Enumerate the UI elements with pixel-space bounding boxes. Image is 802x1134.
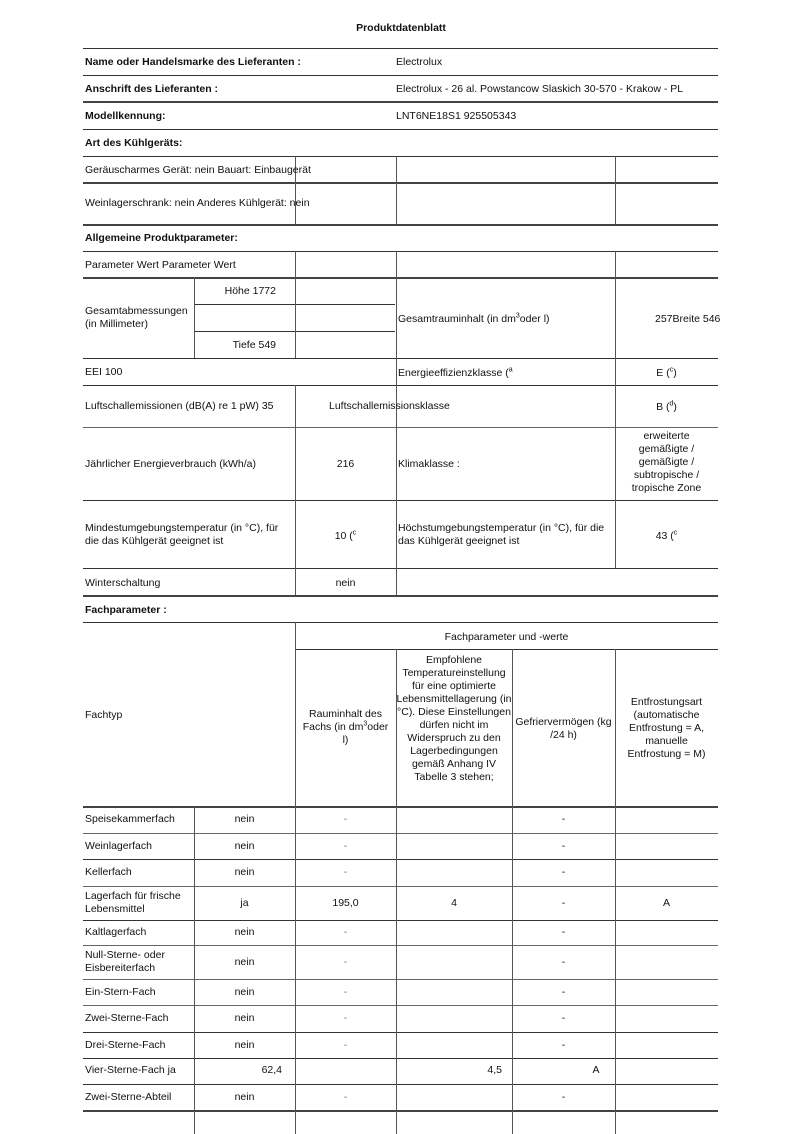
cell-freeze: - <box>512 1039 615 1052</box>
cell-present: nein <box>194 866 295 879</box>
cell-type: Kaltlagerfach <box>85 926 193 939</box>
page-title: Produktdatenblatt <box>0 22 802 34</box>
climate-label: Klimaklasse : <box>398 458 460 471</box>
supplier-name-value: Electrolux <box>396 56 442 69</box>
cell-volume: - <box>295 956 396 969</box>
col-type-header: Fachtyp <box>85 709 122 722</box>
eei-value: EEI 100 <box>85 366 122 379</box>
noise-class-value: B (d) <box>615 401 718 414</box>
appliance-type-row-2: Weinlagerschrank: nein Anderes Kühlgerät… <box>85 197 310 210</box>
cell-type: Lagerfach für frische Lebensmittel <box>85 890 193 916</box>
cell-volume: - <box>295 1012 396 1025</box>
col-freeze-header: Gefriervermögen (kg /24 h) <box>512 716 615 742</box>
four-star-volume: 62,4 <box>196 1064 282 1077</box>
general-params-header-row: Parameter Wert Parameter Wert <box>85 259 236 272</box>
cell-volume: - <box>295 986 396 999</box>
cell-freeze: - <box>512 1012 615 1025</box>
cell-type: Kellerfach <box>85 866 193 879</box>
cell-present: nein <box>194 1012 295 1025</box>
total-volume-value: 257Breite 546 <box>655 313 720 326</box>
compartments-heading: Fachparameter : <box>85 604 167 617</box>
model-label: Modellkennung: <box>85 110 166 123</box>
last-row-freeze: - <box>512 1091 615 1104</box>
min-temp-value: 10 (c <box>295 530 396 543</box>
compartments-group-header: Fachparameter und -werte <box>295 631 718 644</box>
cell-present: ja <box>194 897 295 910</box>
min-temp-label: Mindestumgebungstemperatur (in °C), für … <box>85 522 295 548</box>
model-value: LNT6NE18S1 925505343 <box>396 110 516 123</box>
appliance-type-heading: Art des Kühlgeräts: <box>85 137 182 150</box>
cell-freeze: - <box>512 866 615 879</box>
cell-present: nein <box>194 1039 295 1052</box>
cell-volume: - <box>295 840 396 853</box>
col-defrost-header: Entfrostungsart (automatische Entfrostun… <box>620 696 713 761</box>
climate-value: erweiterte gemäßigte / gemäßigte / subtr… <box>620 430 713 495</box>
cell-volume: - <box>295 813 396 826</box>
general-params-heading: Allgemeine Produktparameter: <box>85 232 238 245</box>
cell-present: nein <box>194 926 295 939</box>
cell-freeze: - <box>512 897 615 910</box>
cell-volume: - <box>295 866 396 879</box>
cell-type: Speisekammerfach <box>85 813 193 826</box>
cell-volume: - <box>295 1039 396 1052</box>
cell-present: nein <box>194 986 295 999</box>
cell-freeze: - <box>512 986 615 999</box>
col-volume-header: Rauminhalt des Fachs (in dm3oder l) <box>300 708 391 747</box>
last-row-present: nein <box>194 1091 295 1104</box>
height-value: Höhe 1772 <box>196 285 276 298</box>
cell-type: Weinlagerfach <box>85 840 193 853</box>
cell-type: Null-Sterne- oder Eisbereiterfach <box>85 949 193 975</box>
cell-volume: 195,0 <box>295 897 396 910</box>
cell-present: nein <box>194 956 295 969</box>
noise-class-label: Luftschallemissionsklasse <box>329 400 450 413</box>
supplier-address-value: Electrolux - 26 al. Powstancow Slaskich … <box>396 83 683 96</box>
col-temp-header: Empfohlene Temperatureinstellung für ein… <box>396 654 512 784</box>
noise-label: Luftschallemissionen (dB(A) re 1 pW) 35 <box>85 400 274 413</box>
annual-energy-label: Jährlicher Energieverbrauch (kWh/a) <box>85 458 256 471</box>
cell-type: Ein-Stern-Fach <box>85 986 193 999</box>
depth-value: Tiefe 549 <box>196 339 276 352</box>
cell-volume: - <box>295 926 396 939</box>
last-row-type: Zwei-Sterne-Abteil <box>85 1091 171 1104</box>
winter-label: Winterschaltung <box>85 577 160 590</box>
max-temp-value: 43 (c <box>615 530 718 543</box>
cell-freeze: - <box>512 926 615 939</box>
four-star-defrost: A <box>512 1064 680 1077</box>
dimensions-label: Gesamtabmessungen (in Millimeter) <box>85 305 195 331</box>
cell-defrost: A <box>615 897 718 910</box>
energy-class-label: Energieeffizienzklasse (a <box>398 367 513 380</box>
four-star-temp: 4,5 <box>398 1064 502 1077</box>
annual-energy-value: 216 <box>295 458 396 471</box>
cell-present: nein <box>194 813 295 826</box>
cell-freeze: - <box>512 956 615 969</box>
cell-temp: 4 <box>396 897 512 910</box>
cell-freeze: - <box>512 840 615 853</box>
supplier-address-label: Anschrift des Lieferanten : <box>85 83 218 96</box>
supplier-name-label: Name oder Handelsmarke des Lieferanten : <box>85 56 301 69</box>
cell-present: nein <box>194 840 295 853</box>
winter-value: nein <box>295 577 396 590</box>
appliance-type-row-1: Geräuscharmes Gerät: nein Bauart: Einbau… <box>85 164 311 177</box>
four-star-label: Vier-Sterne-Fach ja <box>85 1064 176 1077</box>
cell-type: Zwei-Sterne-Fach <box>85 1012 193 1025</box>
last-row-volume: - <box>295 1091 396 1104</box>
cell-type: Drei-Sterne-Fach <box>85 1039 193 1052</box>
total-volume-label: Gesamtrauminhalt (in dm3oder l) <box>398 313 550 326</box>
cell-freeze: - <box>512 813 615 826</box>
energy-class-value: E (c) <box>615 367 718 380</box>
max-temp-label: Höchstumgebungstemperatur (in °C), für d… <box>398 522 613 548</box>
